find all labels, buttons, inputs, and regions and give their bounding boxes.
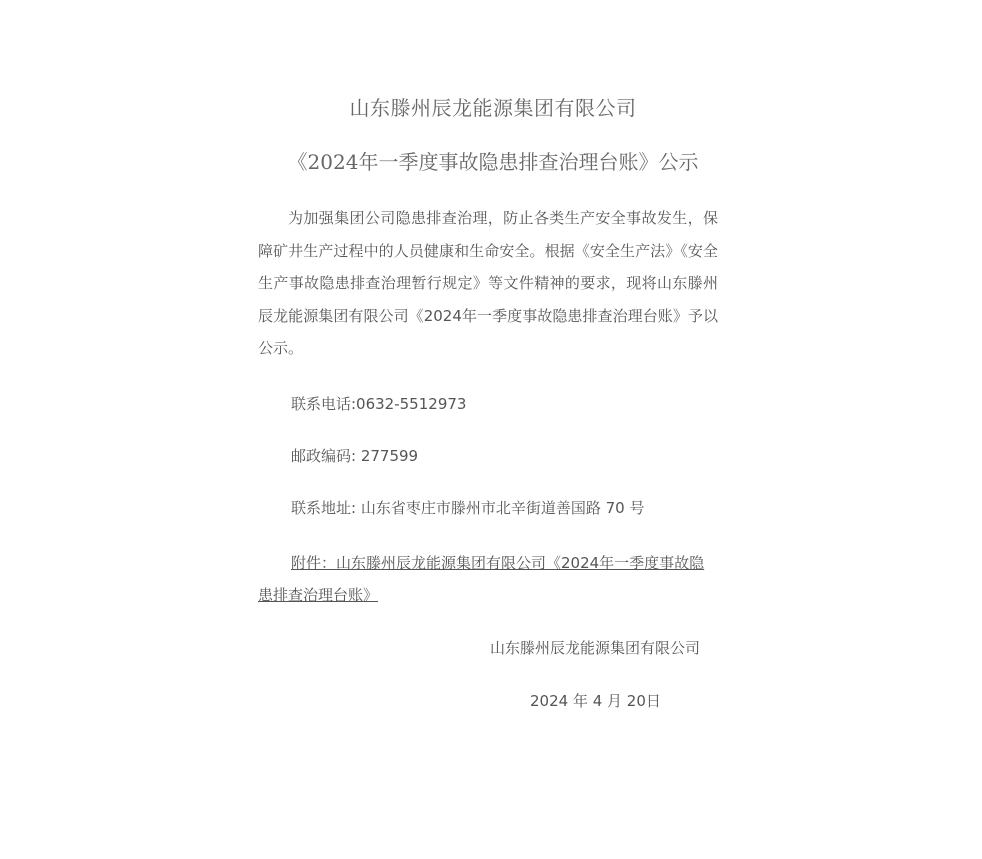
signature-company: 山东滕州辰龙能源集团有限公司 — [490, 637, 700, 659]
page-subtitle: 《2024年一季度事故隐患排查治理台账》公示 — [258, 148, 728, 176]
attachment-link[interactable]: 附件：山东滕州辰龙能源集团有限公司《2024年一季度事故隐患排查治理台账》 — [258, 554, 704, 604]
contact-address: 联系地址: 山东省枣庄市滕州市北辛街道善国路 70 号 — [291, 497, 644, 519]
attachment-paragraph: 附件：山东滕州辰龙能源集团有限公司《2024年一季度事故隐患排查治理台账》 — [258, 547, 718, 611]
contact-phone: 联系电话:0632-5512973 — [291, 393, 466, 415]
signature-date: 2024 年 4 月 20日 — [530, 690, 661, 712]
contact-zip: 邮政编码: 277599 — [291, 445, 418, 467]
page-title: 山东滕州辰龙能源集团有限公司 — [258, 94, 728, 122]
intro-paragraph: 为加强集团公司隐患排查治理，防止各类生产安全事故发生，保障矿井生产过程中的人员健… — [258, 202, 718, 365]
